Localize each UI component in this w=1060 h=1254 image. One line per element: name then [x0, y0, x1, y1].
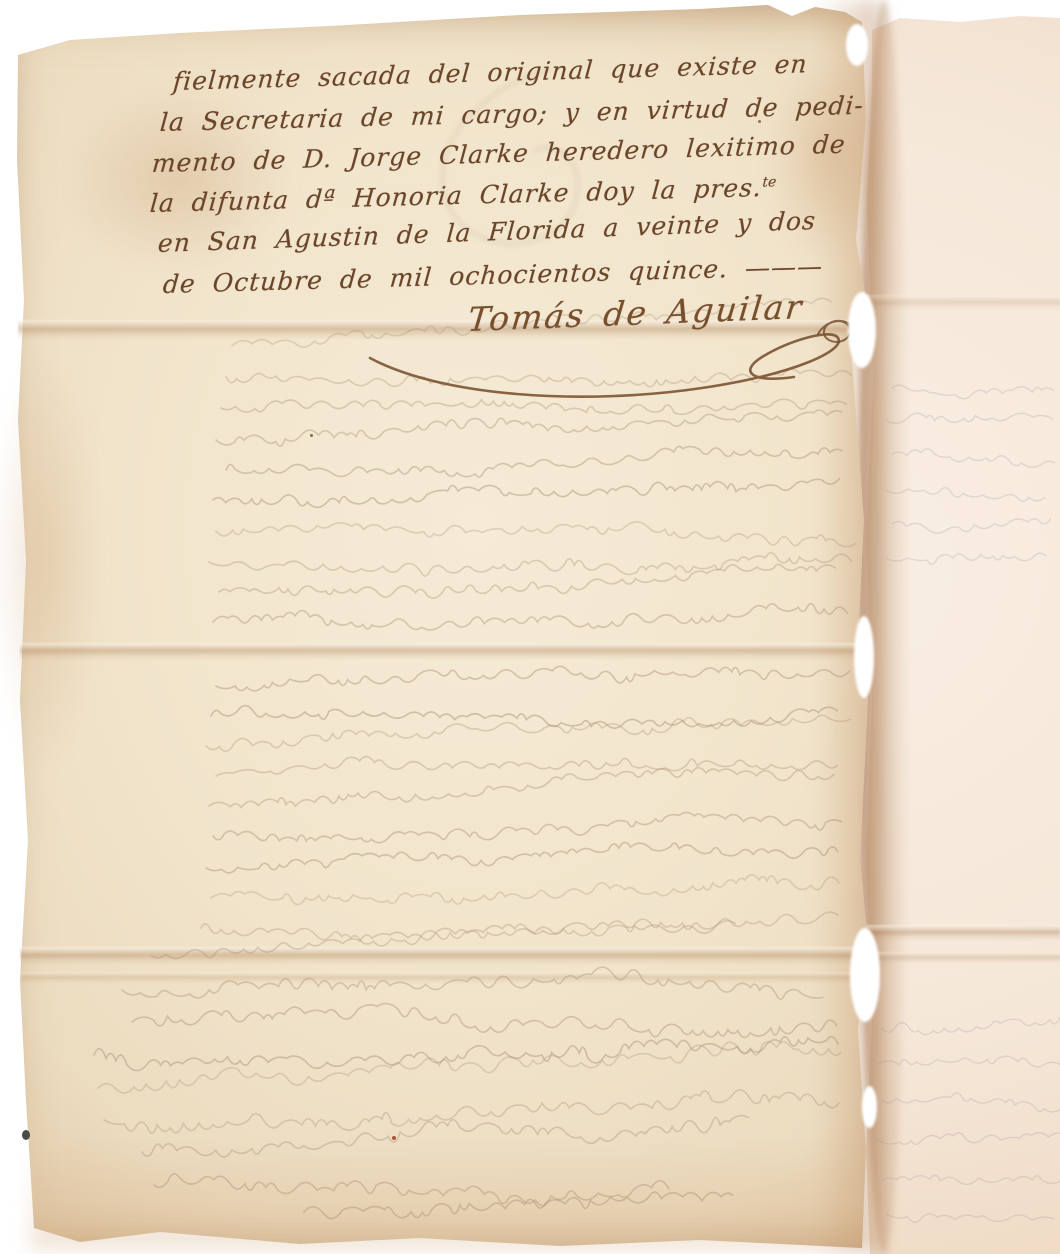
torn-fold-gap: [850, 928, 880, 1022]
paper-speck: [758, 120, 761, 123]
manuscript-text: fielmente sacada del original que existe…: [0, 0, 1060, 1254]
torn-fold-gap: [854, 616, 874, 698]
signature: Tomás de Aguilar: [466, 290, 805, 336]
paper-speck: [392, 1136, 396, 1140]
torn-fold-gap: [848, 292, 876, 368]
torn-fold-gap: [862, 1086, 877, 1128]
manuscript-line: fielmente sacada del original que existe…: [172, 50, 809, 95]
paper-speck: [22, 1130, 30, 1140]
scanned-document: fielmente sacada del original que existe…: [0, 0, 1060, 1254]
manuscript-line: mento de D. Jorge Clarke heredero lexiti…: [151, 131, 847, 178]
torn-fold-gap: [846, 24, 868, 66]
manuscript-line: la Secretaria de mi cargo; y en virtud d…: [159, 92, 865, 137]
superscript-abbreviation: te: [762, 174, 777, 190]
paper-speck: [310, 434, 313, 437]
